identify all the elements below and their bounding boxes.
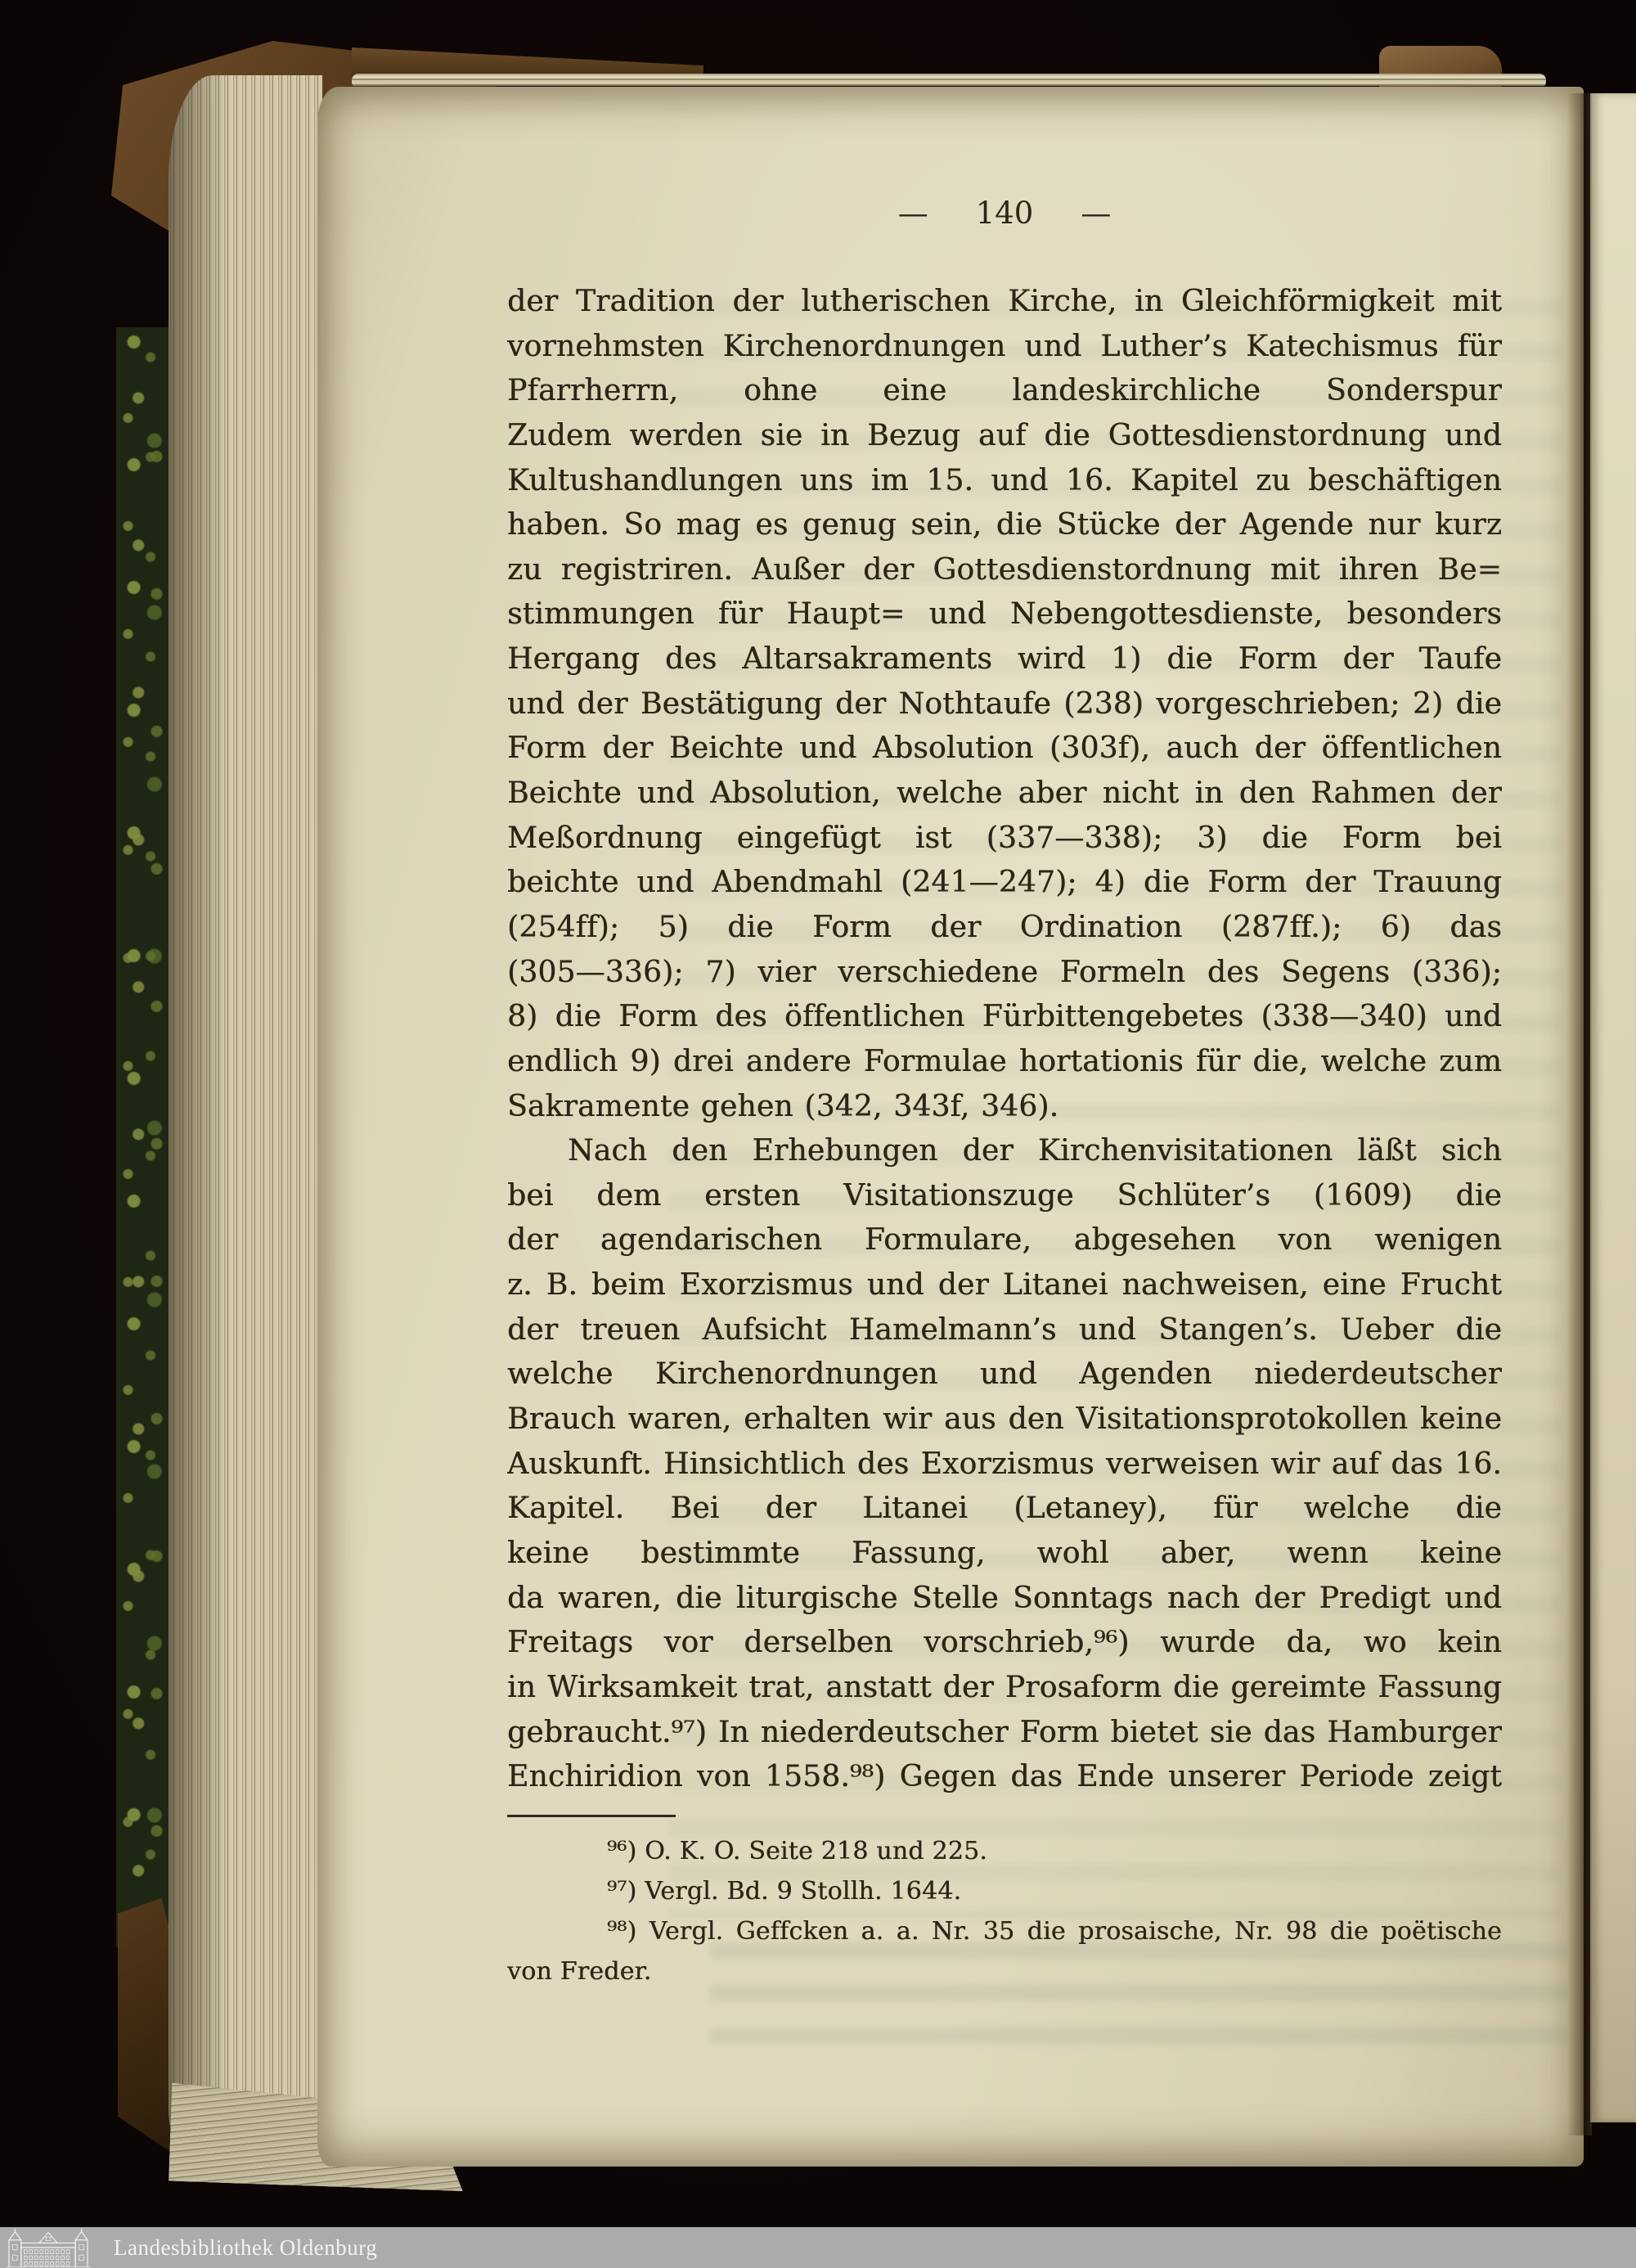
text-line: Zudem werden sie in Bezug auf die Gottes… <box>507 414 1502 459</box>
text-line: keine bestimmte Fassung, wohl aber, wenn… <box>507 1532 1502 1577</box>
text-line: da waren, die liturgische Stelle Sonntag… <box>507 1577 1502 1622</box>
text-line: stimmungen für Haupt= und Nebengottesdie… <box>507 592 1502 637</box>
footnotes: ⁹⁶) O. K. O. Seite 218 und 225.⁹⁷) Vergl… <box>507 1831 1502 1991</box>
text-line: bei dem ersten Visitationszuge Schlüter’… <box>507 1174 1502 1219</box>
footnote-line: ⁹⁶) O. K. O. Seite 218 und 225. <box>507 1831 1502 1871</box>
text-line: Sakramente gehen (342, 343f, 346). <box>507 1085 1502 1130</box>
text-line: der Tradition der lutherischen Kirche, i… <box>507 280 1502 325</box>
text-line: Hergang des Altarsakraments wird 1) die … <box>507 637 1502 682</box>
text-line: 8) die Form des öffentlichen Fürbittenge… <box>507 995 1502 1040</box>
text-line: Kultushandlungen uns im 15. und 16. Kapi… <box>507 459 1502 504</box>
book-page: — 140 — der Tradition der lutherischen K… <box>317 87 1584 2167</box>
body-text: der Tradition der lutherischen Kirche, i… <box>507 280 1502 1800</box>
text-line: in Wirksamkeit trat, anstatt der Prosafo… <box>507 1666 1502 1711</box>
text-line: der agendarischen Formulare, abgesehen v… <box>507 1218 1502 1263</box>
text-line: Enchiridion von 1558.⁹⁸) Gegen das Ende … <box>507 1755 1502 1800</box>
adjacent-page-edge <box>1590 93 1636 2122</box>
header-dash-left: — <box>898 196 928 231</box>
header-dash-right: — <box>1081 196 1111 231</box>
text-line: und der Bestätigung der Nothtaufe (238) … <box>507 682 1502 727</box>
book-scan-viewport: — 140 — der Tradition der lutherischen K… <box>0 0 1636 2268</box>
footnote-line: ⁹⁸) Vergl. Geffcken a. a. Nr. 35 die pro… <box>507 1911 1502 1951</box>
text-line: Pfarrherrn, ohne eine landeskirchliche S… <box>507 369 1502 414</box>
text-line: vornehmsten Kirchenordnungen und Luther’… <box>507 325 1502 370</box>
footnote-separator-rule <box>507 1815 676 1817</box>
text-line: Nach den Erhebungen der Kirchenvisitatio… <box>507 1129 1502 1174</box>
text-line: endlich 9) drei andere Formulae hortatio… <box>507 1040 1502 1085</box>
text-line: Brauch waren, erhalten wir aus den Visit… <box>507 1397 1502 1442</box>
text-line: zu registriren. Außer der Gottesdienstor… <box>507 548 1502 593</box>
text-line: beichte und Abendmahl (241—247); 4) die … <box>507 861 1502 906</box>
text-line: welche Kirchenordnungen und Agenden nied… <box>507 1352 1502 1397</box>
text-line: Meßordnung eingefügt ist (337—338); 3) d… <box>507 817 1502 862</box>
library-watermark-bar: Landesbibliothek Oldenburg <box>0 2227 1636 2268</box>
footnote-line: von Freder. <box>507 1951 1502 1991</box>
footnote-line: ⁹⁷) Vergl. Bd. 9 Stollh. 1644. <box>507 1871 1502 1911</box>
text-line: gebraucht.⁹⁷) In niederdeutscher Form bi… <box>507 1711 1502 1756</box>
text-line: Beichte und Absolution, welche aber nich… <box>507 772 1502 817</box>
library-name: Landesbibliothek Oldenburg <box>114 2235 377 2261</box>
page-header: — 140 — <box>507 191 1502 234</box>
library-building-icon <box>4 2228 92 2267</box>
text-line: Kapitel. Bei der Litanei (Letaney), für … <box>507 1487 1502 1532</box>
text-line: der treuen Aufsicht Hamelmann’s und Stan… <box>507 1308 1502 1353</box>
text-line: Auskunft. Hinsichtlich des Exorzismus ve… <box>507 1442 1502 1487</box>
text-line: (305—336); 7) vier verschiedene Formeln … <box>507 951 1502 996</box>
text-line: haben. So mag es genug sein, die Stücke … <box>507 503 1502 548</box>
text-line: (254ff); 5) die Form der Ordination (287… <box>507 906 1502 951</box>
text-line: Form der Beichte und Absolution (303f), … <box>507 727 1502 772</box>
page-number: 140 <box>976 196 1034 231</box>
page-edges-stack-left <box>169 75 322 2167</box>
marbled-cover-edge <box>116 327 175 1947</box>
text-line: z. B. beim Exorzismus und der Litanei na… <box>507 1263 1502 1308</box>
text-line: Freitags vor derselben vorschrieb,⁹⁶) wu… <box>507 1621 1502 1666</box>
